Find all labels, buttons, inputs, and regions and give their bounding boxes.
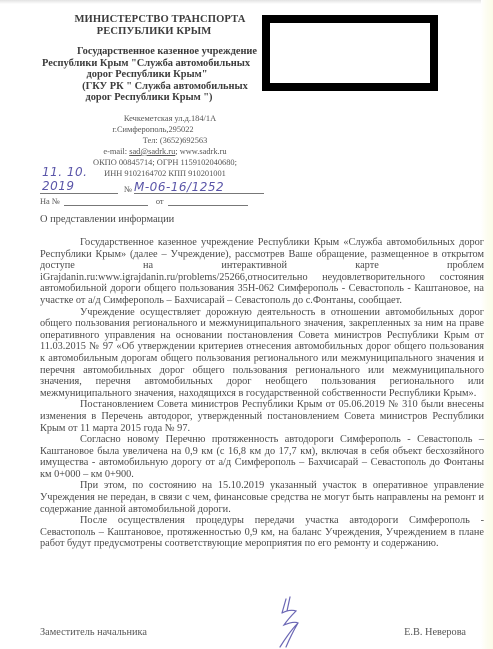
registration-date: 11. 10. 2019 — [42, 165, 118, 193]
website: ; www.sadrk.ru — [175, 147, 226, 156]
body-paragraph: При этом, по состоянию на 15.10.2019 ука… — [40, 480, 484, 515]
registration-date-field: 11. 10. 2019 — [40, 180, 118, 194]
handwritten-signature-icon — [268, 595, 312, 649]
registration-number-field: М-06-16/1252 — [134, 180, 264, 194]
address: Кечкеметская ул.д.184/1А — [60, 114, 270, 125]
body-paragraph: Согласно новому Перечню протяженность ав… — [40, 434, 484, 480]
signatory-position: Заместитель начальника — [40, 627, 147, 638]
email-link[interactable]: sad@sadrk.ru — [129, 147, 175, 156]
registration-row: 11. 10. 2019 № М-06-16/1252 — [40, 180, 264, 194]
ministry-line-2: РЕСПУБЛИКИ КРЫМ — [30, 26, 260, 38]
ministry-line-1: МИНИСТЕРСТВО ТРАНСПОРТА — [30, 14, 260, 26]
org-line-4: (ГКУ РК " Служба автомобильных — [30, 81, 260, 93]
city: г.Симферополь,295022 — [60, 125, 270, 136]
registration-number: М-06-16/1252 — [134, 180, 224, 194]
email-line: e-mail: sad@sadrk.ru; www.sadrk.ru — [60, 147, 270, 158]
letterhead: МИНИСТЕРСТВО ТРАНСПОРТА РЕСПУБЛИКИ КРЫМ … — [30, 14, 260, 104]
email-label: e-mail: — [103, 147, 129, 156]
body-paragraph: Учреждение осуществляет дорожную деятель… — [40, 307, 484, 400]
body-paragraph: Постановлением Совета министров Республи… — [40, 399, 484, 434]
organization-name: Государственное казенное учреждение Респ… — [30, 46, 260, 104]
ref-date-label: от — [156, 197, 164, 206]
ref-number-blank — [64, 196, 148, 206]
ministry-name: МИНИСТЕРСТВО ТРАНСПОРТА РЕСПУБЛИКИ КРЫМ — [30, 14, 260, 38]
page-top-shadow — [0, 0, 493, 4]
phone: Тел: (3652)692563 — [60, 136, 270, 147]
body-paragraph: После осуществления процедуры передачи у… — [40, 515, 484, 550]
letter-body: Государственное казенное учреждение Респ… — [40, 237, 484, 550]
org-line-3: дорог Республики Крым" — [30, 69, 260, 81]
letter-subject: О представлении информации — [40, 214, 174, 225]
org-line-5: дорог Республики Крым ") — [30, 92, 260, 104]
org-line-2: Республики Крым "Служба автомобильных — [30, 58, 260, 70]
reference-row: На № от — [40, 196, 248, 206]
ref-number-label: На № — [40, 197, 60, 206]
org-line-1: Государственное казенное учреждение — [30, 46, 260, 58]
signatory-name: Е.В. Неверова — [404, 627, 466, 638]
signature-block: Заместитель начальника Е.В. Неверова — [40, 627, 466, 638]
body-paragraph: Государственное казенное учреждение Респ… — [40, 237, 484, 307]
number-label: № — [124, 185, 132, 194]
redacted-recipient-box — [262, 15, 438, 91]
ref-date-blank — [168, 196, 248, 206]
